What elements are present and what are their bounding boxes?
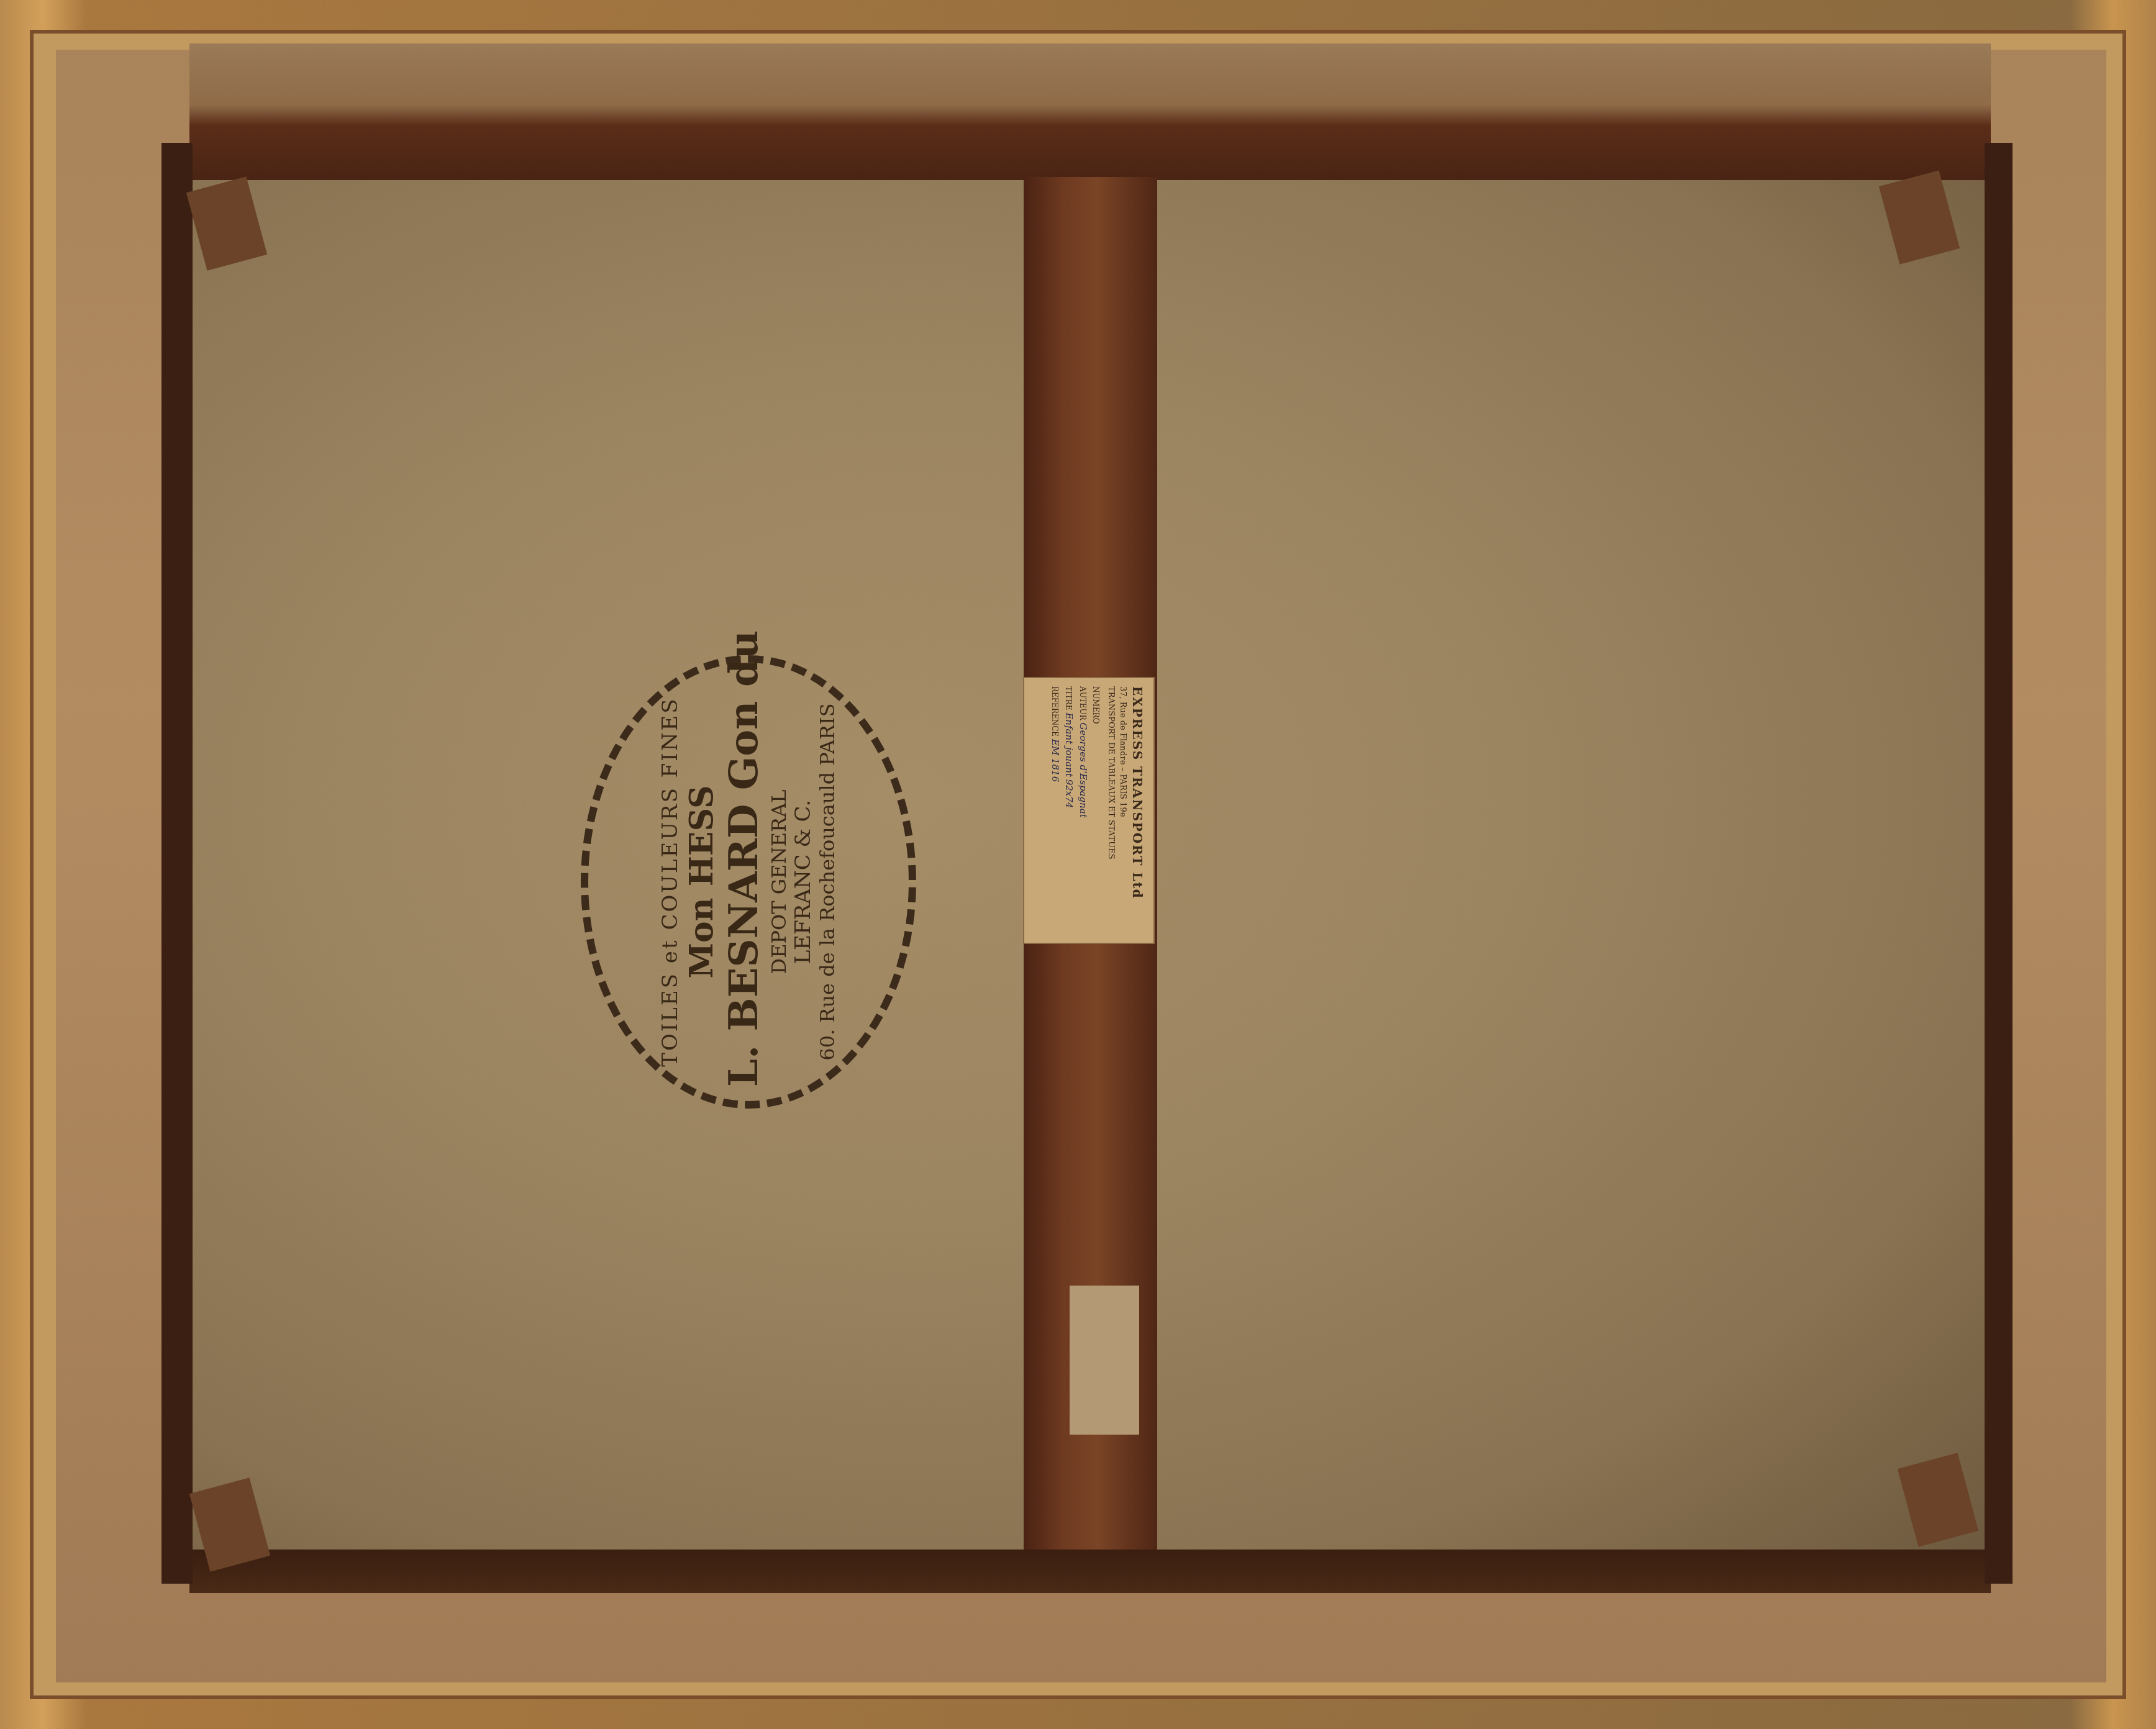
stamp-line-5: LEFRANC & C. <box>791 677 816 1087</box>
stamp-line-6: 60. Rue de la Rochefoucauld PARIS <box>816 677 839 1087</box>
auteur-value: Georges d'Espagnat <box>1078 723 1089 818</box>
stretcher-bar-left <box>161 143 193 1584</box>
small-paper-tag <box>1070 1286 1139 1435</box>
label-service: TRANSPORT DE TABLEAUX ET STATUES <box>1106 686 1116 935</box>
reference-label: REFERENCE <box>1050 686 1059 737</box>
stretcher-bar-right <box>1985 143 2013 1584</box>
numero-label: NUMERO <box>1091 686 1100 724</box>
label-address: 37, Rue de Flandre – PARIS 19e <box>1118 686 1127 935</box>
titre-dimensions: 92x74 <box>1064 779 1075 809</box>
auteur-label: AUTEUR <box>1078 686 1087 720</box>
supplier-stamp: TOILES et COULEURS FINES Mon HESS L. BES… <box>581 655 916 1109</box>
stamp-line-2: Mon HESS <box>683 677 721 1087</box>
stamp-line-1: TOILES et COULEURS FINES <box>658 677 683 1087</box>
stamp-line-4: DEPOT GENERAL <box>767 677 791 1087</box>
titre-value: Enfant jouant <box>1064 712 1075 777</box>
stretcher-bar-bottom <box>189 1550 1991 1593</box>
transport-label: EXPRESS TRANSPORT Ltd 37, Rue de Flandre… <box>1023 677 1155 944</box>
stamp-line-3: L. BESNARD Gon du <box>721 677 767 1087</box>
titre-label: TITRE <box>1065 686 1073 710</box>
reference-value: EM 1816 <box>1050 739 1061 782</box>
stretcher-bar-top <box>189 43 1991 180</box>
label-title: EXPRESS TRANSPORT Ltd <box>1130 686 1145 935</box>
